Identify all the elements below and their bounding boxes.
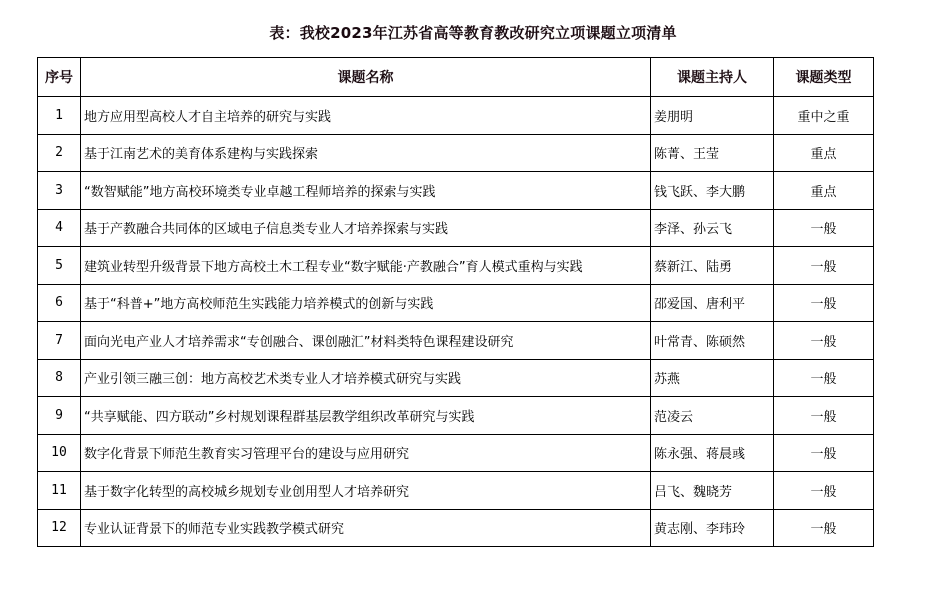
cell-host: 姜朋明 bbox=[651, 97, 774, 135]
document-title: 表：我校2023年江苏省高等教育教改研究立项课题立项清单 bbox=[0, 22, 946, 43]
header-name: 课题名称 bbox=[81, 58, 651, 97]
header-no: 序号 bbox=[38, 58, 81, 97]
cell-type: 一般 bbox=[774, 359, 874, 397]
cell-no: 3 bbox=[38, 172, 81, 210]
cell-no: 2 bbox=[38, 134, 81, 172]
cell-type: 一般 bbox=[774, 284, 874, 322]
header-type: 课题类型 bbox=[774, 58, 874, 97]
project-list-table: 序号 课题名称 课题主持人 课题类型 1 地方应用型高校人才自主培养的研究与实践… bbox=[37, 57, 874, 547]
cell-type: 一般 bbox=[774, 472, 874, 510]
table-row: 2 基于江南艺术的美育体系建构与实践探索 陈菁、王莹 重点 bbox=[38, 134, 874, 172]
cell-host: 蔡新江、陆勇 bbox=[651, 247, 774, 285]
cell-host: 苏燕 bbox=[651, 359, 774, 397]
cell-type: 重点 bbox=[774, 134, 874, 172]
cell-no: 6 bbox=[38, 284, 81, 322]
cell-name: 基于产教融合共同体的区域电子信息类专业人才培养探索与实践 bbox=[81, 209, 651, 247]
cell-name: “共享赋能、四方联动”乡村规划课程群基层教学组织改革研究与实践 bbox=[81, 397, 651, 435]
table-row: 5 建筑业转型升级背景下地方高校土木工程专业“数字赋能·产教融合”育人模式重构与… bbox=[38, 247, 874, 285]
cell-no: 1 bbox=[38, 97, 81, 135]
cell-name: 基于“科普+”地方高校师范生实践能力培养模式的创新与实践 bbox=[81, 284, 651, 322]
cell-name: 产业引领三融三创：地方高校艺术类专业人才培养模式研究与实践 bbox=[81, 359, 651, 397]
cell-host: 李泽、孙云飞 bbox=[651, 209, 774, 247]
cell-host: 钱飞跃、李大鹏 bbox=[651, 172, 774, 210]
cell-no: 11 bbox=[38, 472, 81, 510]
cell-name: 数字化背景下师范生教育实习管理平台的建设与应用研究 bbox=[81, 434, 651, 472]
cell-type: 一般 bbox=[774, 509, 874, 547]
table-row: 7 面向光电产业人才培养需求“专创融合、课创融汇”材料类特色课程建设研究 叶常青… bbox=[38, 322, 874, 360]
cell-name: 专业认证背景下的师范专业实践教学模式研究 bbox=[81, 509, 651, 547]
cell-host: 叶常青、陈硕然 bbox=[651, 322, 774, 360]
cell-type: 一般 bbox=[774, 397, 874, 435]
cell-no: 5 bbox=[38, 247, 81, 285]
cell-name: 基于数字化转型的高校城乡规划专业创用型人才培养研究 bbox=[81, 472, 651, 510]
table-row: 9 “共享赋能、四方联动”乡村规划课程群基层教学组织改革研究与实践 范凌云 一般 bbox=[38, 397, 874, 435]
cell-type: 一般 bbox=[774, 209, 874, 247]
table-row: 8 产业引领三融三创：地方高校艺术类专业人才培养模式研究与实践 苏燕 一般 bbox=[38, 359, 874, 397]
cell-type: 一般 bbox=[774, 247, 874, 285]
table-header-row: 序号 课题名称 课题主持人 课题类型 bbox=[38, 58, 874, 97]
table-row: 12 专业认证背景下的师范专业实践教学模式研究 黄志刚、李玮玲 一般 bbox=[38, 509, 874, 547]
cell-no: 12 bbox=[38, 509, 81, 547]
cell-type: 一般 bbox=[774, 434, 874, 472]
cell-no: 9 bbox=[38, 397, 81, 435]
cell-name: 面向光电产业人才培养需求“专创融合、课创融汇”材料类特色课程建设研究 bbox=[81, 322, 651, 360]
cell-no: 8 bbox=[38, 359, 81, 397]
header-host: 课题主持人 bbox=[651, 58, 774, 97]
cell-name: 建筑业转型升级背景下地方高校土木工程专业“数字赋能·产教融合”育人模式重构与实践 bbox=[81, 247, 651, 285]
table-row: 4 基于产教融合共同体的区域电子信息类专业人才培养探索与实践 李泽、孙云飞 一般 bbox=[38, 209, 874, 247]
cell-no: 10 bbox=[38, 434, 81, 472]
cell-name: 基于江南艺术的美育体系建构与实践探索 bbox=[81, 134, 651, 172]
cell-host: 范凌云 bbox=[651, 397, 774, 435]
cell-host: 陈菁、王莹 bbox=[651, 134, 774, 172]
cell-host: 邵爱国、唐利平 bbox=[651, 284, 774, 322]
table-row: 11 基于数字化转型的高校城乡规划专业创用型人才培养研究 吕飞、魏晓芳 一般 bbox=[38, 472, 874, 510]
table-row: 10 数字化背景下师范生教育实习管理平台的建设与应用研究 陈永强、蒋晨彧 一般 bbox=[38, 434, 874, 472]
cell-type: 一般 bbox=[774, 322, 874, 360]
cell-type: 重中之重 bbox=[774, 97, 874, 135]
cell-no: 7 bbox=[38, 322, 81, 360]
cell-no: 4 bbox=[38, 209, 81, 247]
table-row: 1 地方应用型高校人才自主培养的研究与实践 姜朋明 重中之重 bbox=[38, 97, 874, 135]
cell-type: 重点 bbox=[774, 172, 874, 210]
cell-host: 吕飞、魏晓芳 bbox=[651, 472, 774, 510]
cell-name: 地方应用型高校人才自主培养的研究与实践 bbox=[81, 97, 651, 135]
table-row: 6 基于“科普+”地方高校师范生实践能力培养模式的创新与实践 邵爱国、唐利平 一… bbox=[38, 284, 874, 322]
cell-host: 黄志刚、李玮玲 bbox=[651, 509, 774, 547]
cell-name: “数智赋能”地方高校环境类专业卓越工程师培养的探索与实践 bbox=[81, 172, 651, 210]
cell-host: 陈永强、蒋晨彧 bbox=[651, 434, 774, 472]
table-row: 3 “数智赋能”地方高校环境类专业卓越工程师培养的探索与实践 钱飞跃、李大鹏 重… bbox=[38, 172, 874, 210]
